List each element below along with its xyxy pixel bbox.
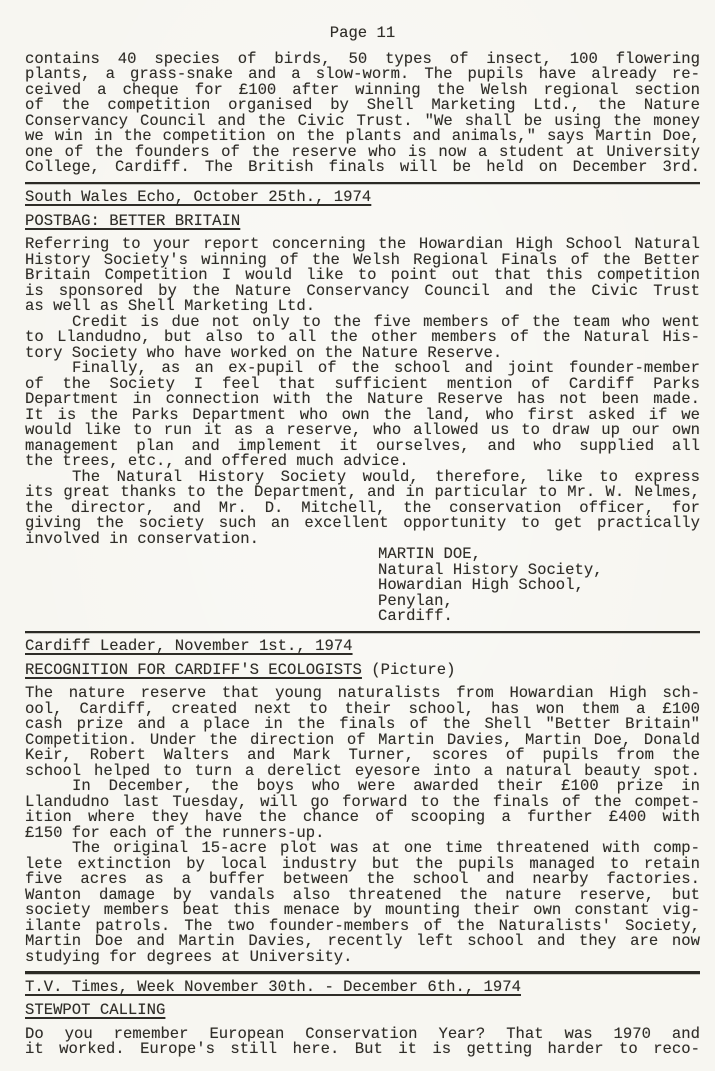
article-heading: RECOGNITION FOR CARDIFF'S ECOLOGISTS (Pi… [25, 663, 700, 679]
source-heading: T.V. Times, Week November 30th. - Decemb… [25, 980, 700, 996]
heading-suffix: (Picture) [362, 661, 456, 679]
heading-text: STEWPOT CALLING [25, 1001, 165, 1019]
heading-text: Cardiff Leader, November 1st., 1974 [25, 637, 353, 655]
heading-text: RECOGNITION FOR CARDIFF'S ECOLOGISTS [25, 661, 362, 679]
heading-text: T.V. Times, Week November 30th. - Decemb… [25, 978, 521, 996]
text-line: involved in conservation. [25, 532, 700, 548]
paragraph: Finally, as an ex-pupil of the school an… [25, 361, 700, 470]
article-heading: STEWPOT CALLING [25, 1003, 700, 1019]
text-line: College, Cardiff. The British finals wil… [25, 160, 700, 176]
signature-line: Cardiff. [378, 609, 700, 625]
paragraph: The nature reserve that young naturalist… [25, 686, 700, 779]
page-body: contains 40 species of birds, 50 types o… [25, 52, 700, 1058]
paragraph: contains 40 species of birds, 50 types o… [25, 52, 700, 176]
source-heading: Cardiff Leader, November 1st., 1974 [25, 639, 700, 655]
page-number: Page 11 [25, 26, 700, 42]
heading-text: South Wales Echo, October 25th., 1974 [25, 188, 371, 206]
signature-block: MARTIN DOE,Natural History Society,Howar… [378, 547, 700, 625]
paragraph: The original 15-acre plot was at one tim… [25, 841, 700, 965]
paragraph: Credit is due not only to the five membe… [25, 315, 700, 362]
paragraph: Do you remember European Conservation Ye… [25, 1027, 700, 1058]
section-divider [25, 182, 700, 185]
heading-text: POSTBAG: BETTER BRITAIN [25, 212, 240, 230]
section-divider [25, 971, 700, 974]
text-line: studying for degrees at University. [25, 950, 700, 966]
paragraph: In December, the boys who were awarded t… [25, 779, 700, 841]
article-heading: POSTBAG: BETTER BRITAIN [25, 214, 700, 230]
paragraph: The Natural History Society would, there… [25, 470, 700, 548]
scanned-page: Page 11 contains 40 species of birds, 50… [0, 0, 715, 1071]
text-line: it worked. Europe's still here. But it i… [25, 1042, 700, 1058]
source-heading: South Wales Echo, October 25th., 1974 [25, 190, 700, 206]
section-divider [25, 631, 700, 634]
paragraph: Referring to your report concerning the … [25, 237, 700, 315]
